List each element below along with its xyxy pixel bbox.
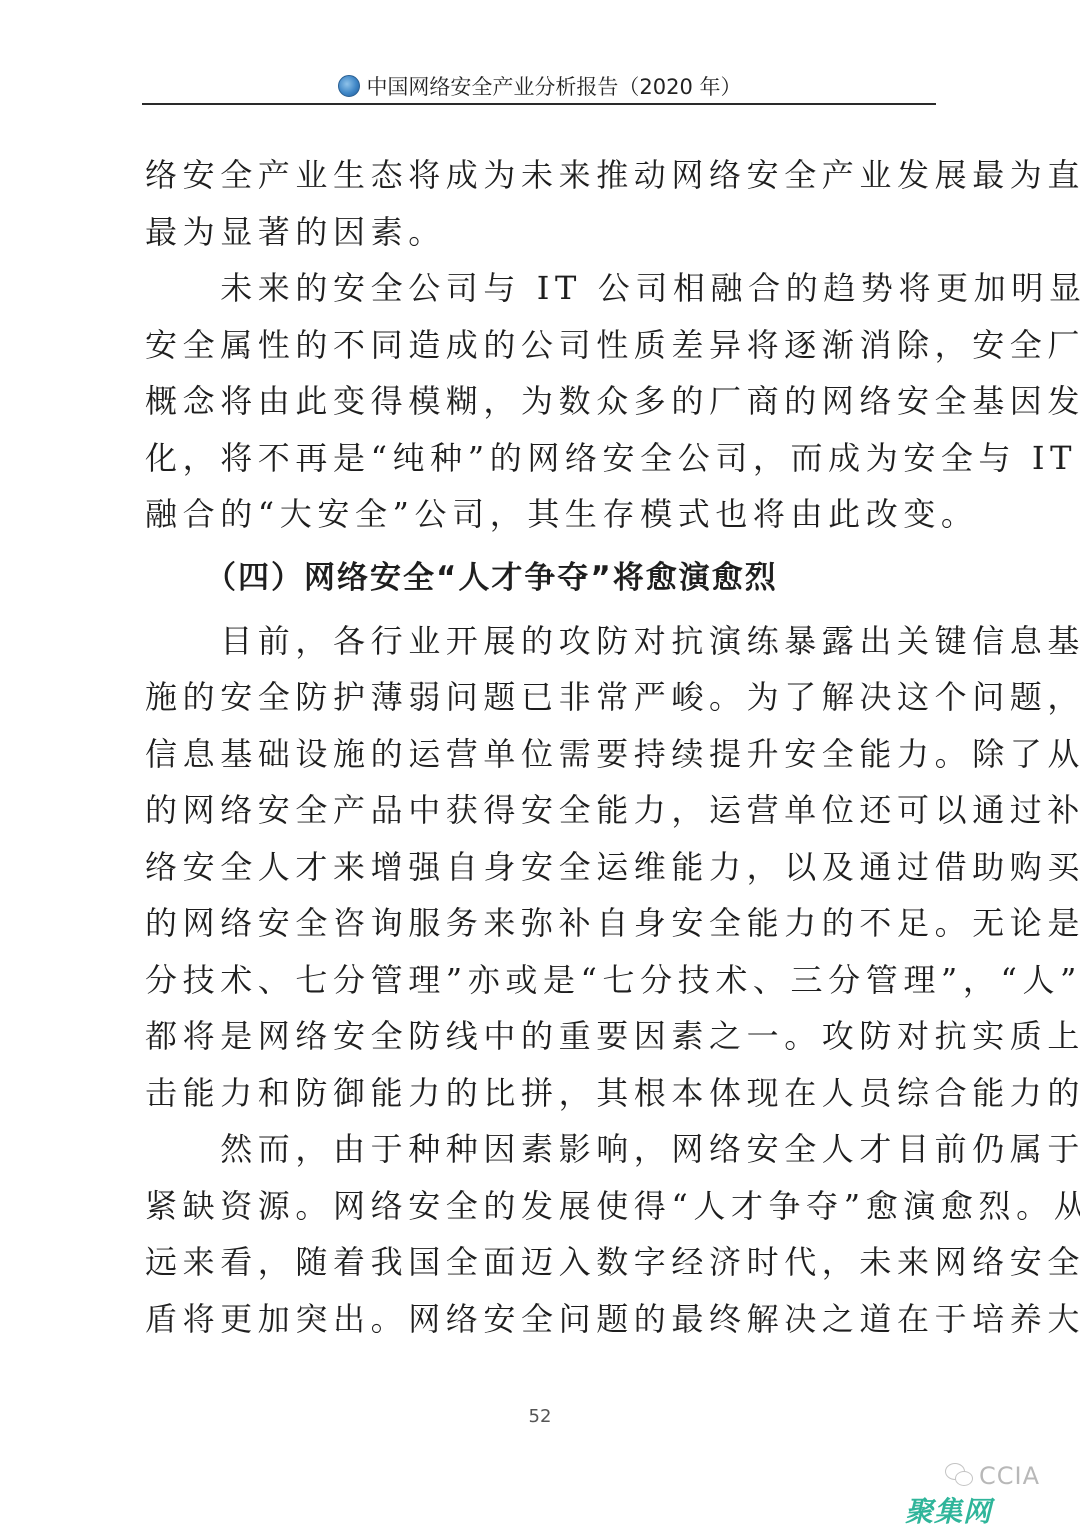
text-line: 的网络安全产品中获得安全能力，运营单位还可以通过补充网	[145, 782, 945, 839]
text-line: 然而，由于种种因素影响，网络安全人才目前仍属于一种	[145, 1121, 945, 1178]
text-line: 击能力和防御能力的比拼，其根本体现在人员综合能力的较量。	[145, 1065, 945, 1122]
text-line: 目前，各行业开展的攻防对抗演练暴露出关键信息基础设	[145, 613, 945, 670]
page-body: 络安全产业生态将成为未来推动网络安全产业发展最为直接、 最为显著的因素。 未来的…	[145, 147, 945, 1347]
section-heading: （四）网络安全“人才争夺”将愈演愈烈	[145, 543, 945, 613]
text-line: 络安全产业生态将成为未来推动网络安全产业发展最为直接、	[145, 147, 945, 204]
text-line: 远来看，随着我国全面迈入数字经济时代，未来网络安全的矛	[145, 1234, 945, 1291]
brand-logo: 聚集网	[905, 1490, 992, 1527]
text-line: 络安全人才来增强自身安全运维能力，以及通过借助购买高端	[145, 839, 945, 896]
text-line: 未来的安全公司与 IT 公司相融合的趋势将更加明显。由于	[145, 260, 945, 317]
report-logo-icon	[338, 75, 360, 97]
text-line: 化，将不再是“纯种”的网络安全公司，而成为安全与 IT 深度	[145, 430, 945, 487]
text-line: 最为显著的因素。	[145, 204, 945, 261]
text-line: 安全属性的不同造成的公司性质差异将逐渐消除，安全厂商的	[145, 317, 945, 374]
text-line: 分技术、七分管理”亦或是“七分技术、三分管理”，“人”	[145, 952, 945, 1009]
page-number: 52	[0, 1406, 1080, 1427]
report-title: 中国网络安全产业分析报告（2020 年）	[366, 75, 741, 99]
text-line: 融合的“大安全”公司，其生存模式也将由此改变。	[145, 486, 945, 543]
text-line: 盾将更加突出。网络安全问题的最终解决之道在于培养大量合	[145, 1291, 945, 1348]
text-line: 紧缺资源。网络安全的发展使得“人才争夺”愈演愈烈。从长	[145, 1178, 945, 1235]
watermark-text: CCIA	[979, 1462, 1040, 1490]
text-line: 施的安全防护薄弱问题已非常严峻。为了解决这个问题，关键	[145, 669, 945, 726]
watermark: CCIA	[945, 1462, 1040, 1490]
running-header: 中国网络安全产业分析报告（2020 年）	[0, 72, 1080, 102]
text-line: 信息基础设施的运营单位需要持续提升安全能力。除了从购买	[145, 726, 945, 783]
text-line: 的网络安全咨询服务来弥补自身安全能力的不足。无论是“三	[145, 895, 945, 952]
text-line: 概念将由此变得模糊，为数众多的厂商的网络安全基因发生变	[145, 373, 945, 430]
wechat-icon	[945, 1463, 975, 1487]
text-line: 都将是网络安全防线中的重要因素之一。攻防对抗实质上是攻	[145, 1008, 945, 1065]
header-divider	[142, 103, 936, 105]
